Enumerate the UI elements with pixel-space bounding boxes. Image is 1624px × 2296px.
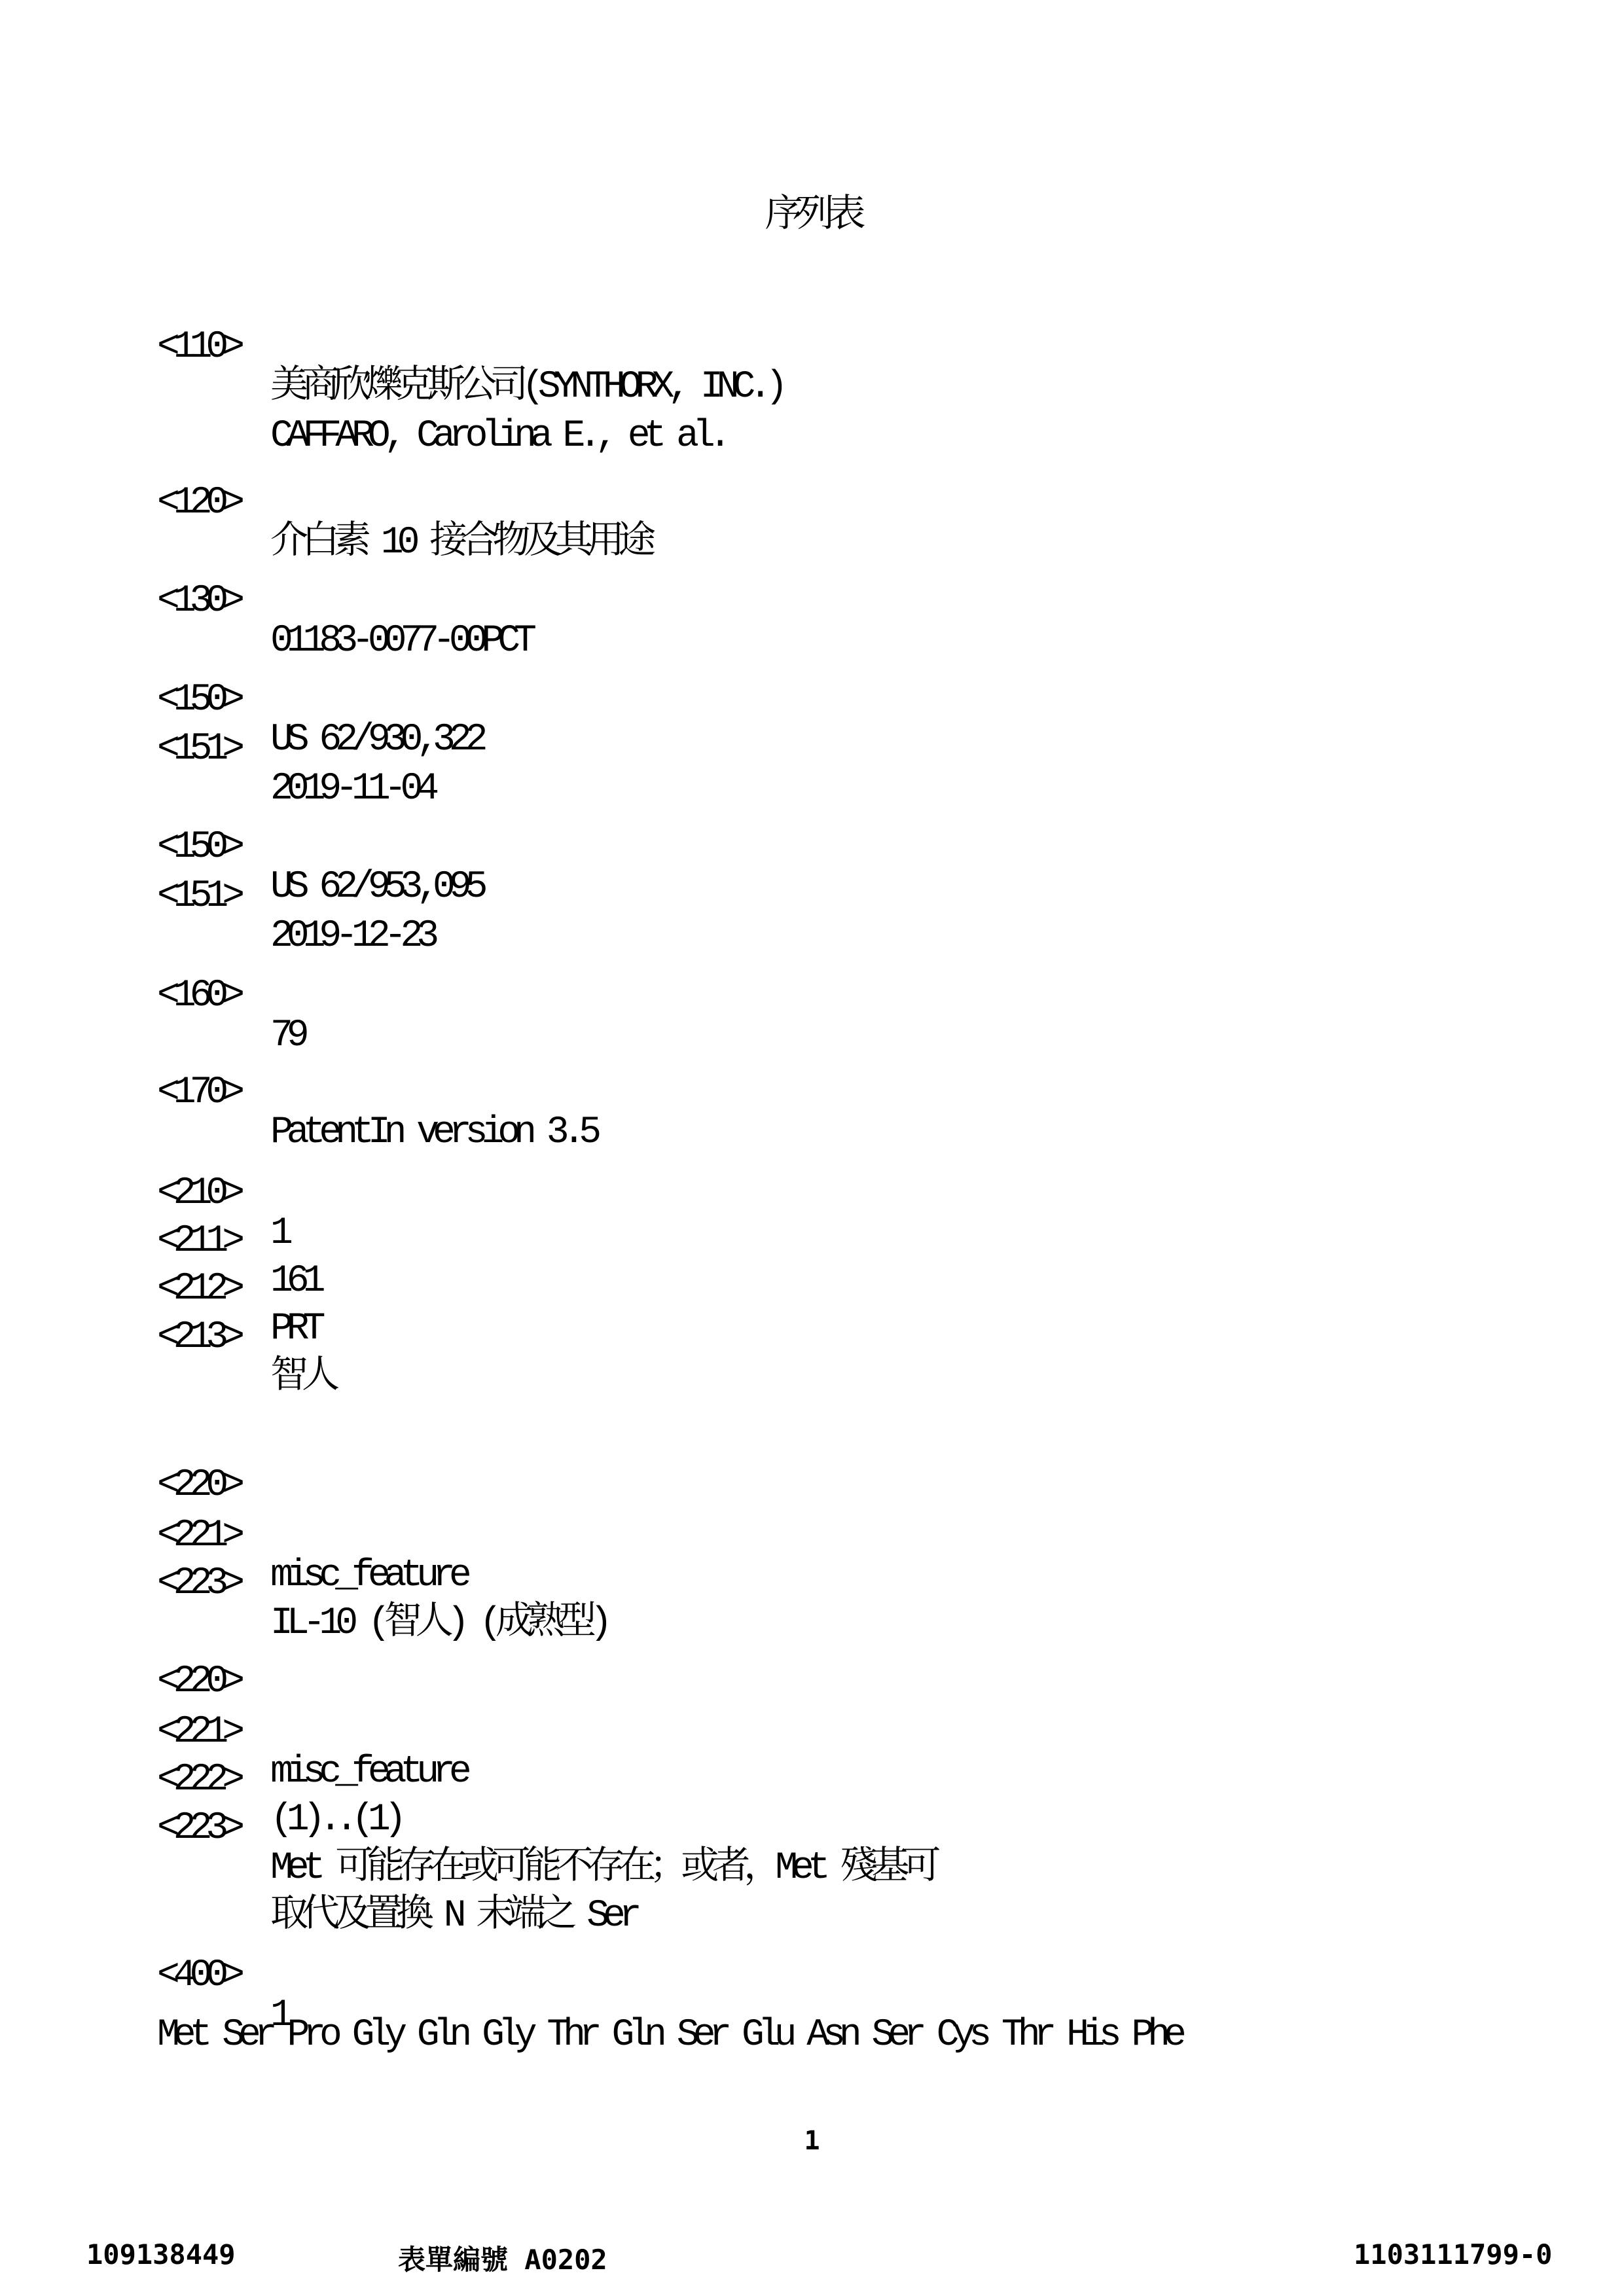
page-title: 序列表 [0,182,1624,238]
field-212: <212> PRT [0,1230,1624,1272]
field-120-tag: <120> [157,484,238,524]
footer-form-number: 表單編號 A0202 [398,2238,607,2278]
footer-application-number: 109138449 [86,2238,236,2270]
field-130: <130> 01183-0077-00PCT [0,542,1624,584]
field-160-tag: <160> [157,977,238,1016]
field-110-continuation: CAFFARO, Carolina E., et al. [0,337,1624,379]
field-213-value: 智人 [270,1358,333,1398]
sequence-residues-line: Met Ser Pro Gly Gln Gly Thr Gln Ser Glu … [157,2016,1180,2056]
field-223-first-tag: <223> [157,1564,238,1604]
field-211: <211> 161 [0,1182,1624,1224]
field-170-tag: <170> [157,1073,238,1113]
footer-document-number: 1103111799-0 [1354,2238,1552,2270]
field-151-second: <151> 2019-12-23 [0,837,1624,879]
field-221-first: <221> misc_feature [0,1477,1624,1518]
field-151-first-tag: <151> [157,730,238,770]
sequence-listing-page: 序列表 <110> 美商欣爍克斯公司(SYNTHORX, INC.) CAFFA… [0,0,1624,2296]
field-400-tag: <400> [157,1956,238,1996]
field-213-tag: <213> [157,1318,238,1358]
field-213: <213> 智人 [0,1278,1624,1320]
field-120: <120> 介白素 10 接合物及其用途 [0,444,1624,486]
page-number: 1 [0,2126,1624,2156]
field-150-second: <150> US 62/953,095 [0,788,1624,830]
field-130-tag: <130> [157,582,238,622]
field-160: <160> 79 [0,937,1624,978]
field-110: <110> 美商欣爍克斯公司(SYNTHORX, INC.) [0,288,1624,330]
field-210: <210> 1 [0,1134,1624,1176]
field-223-second-line2: 取代及置換 N 末端之 Ser [0,1817,1624,1859]
field-221-second: <221> misc_feature [0,1673,1624,1715]
field-170: <170> PatentIn version 3.5 [0,1033,1624,1075]
field-223-first: <223> IL-10 (智人) (成熟型) [0,1524,1624,1566]
field-220-first: <220> [0,1426,1624,1468]
field-151-second-tag: <151> [157,877,238,917]
field-400: <400> 1 [0,1916,1624,1958]
field-220-second: <220> [0,1623,1624,1664]
field-151-first: <151> 2019-11-04 [0,690,1624,732]
field-150-first: <150> US 62/930,322 [0,641,1624,683]
field-223-second-line1: <223> Met 可能存在或可能不存在；或者，Met 殘基可 [0,1769,1624,1811]
field-222: <222> (1)..(1) [0,1721,1624,1763]
